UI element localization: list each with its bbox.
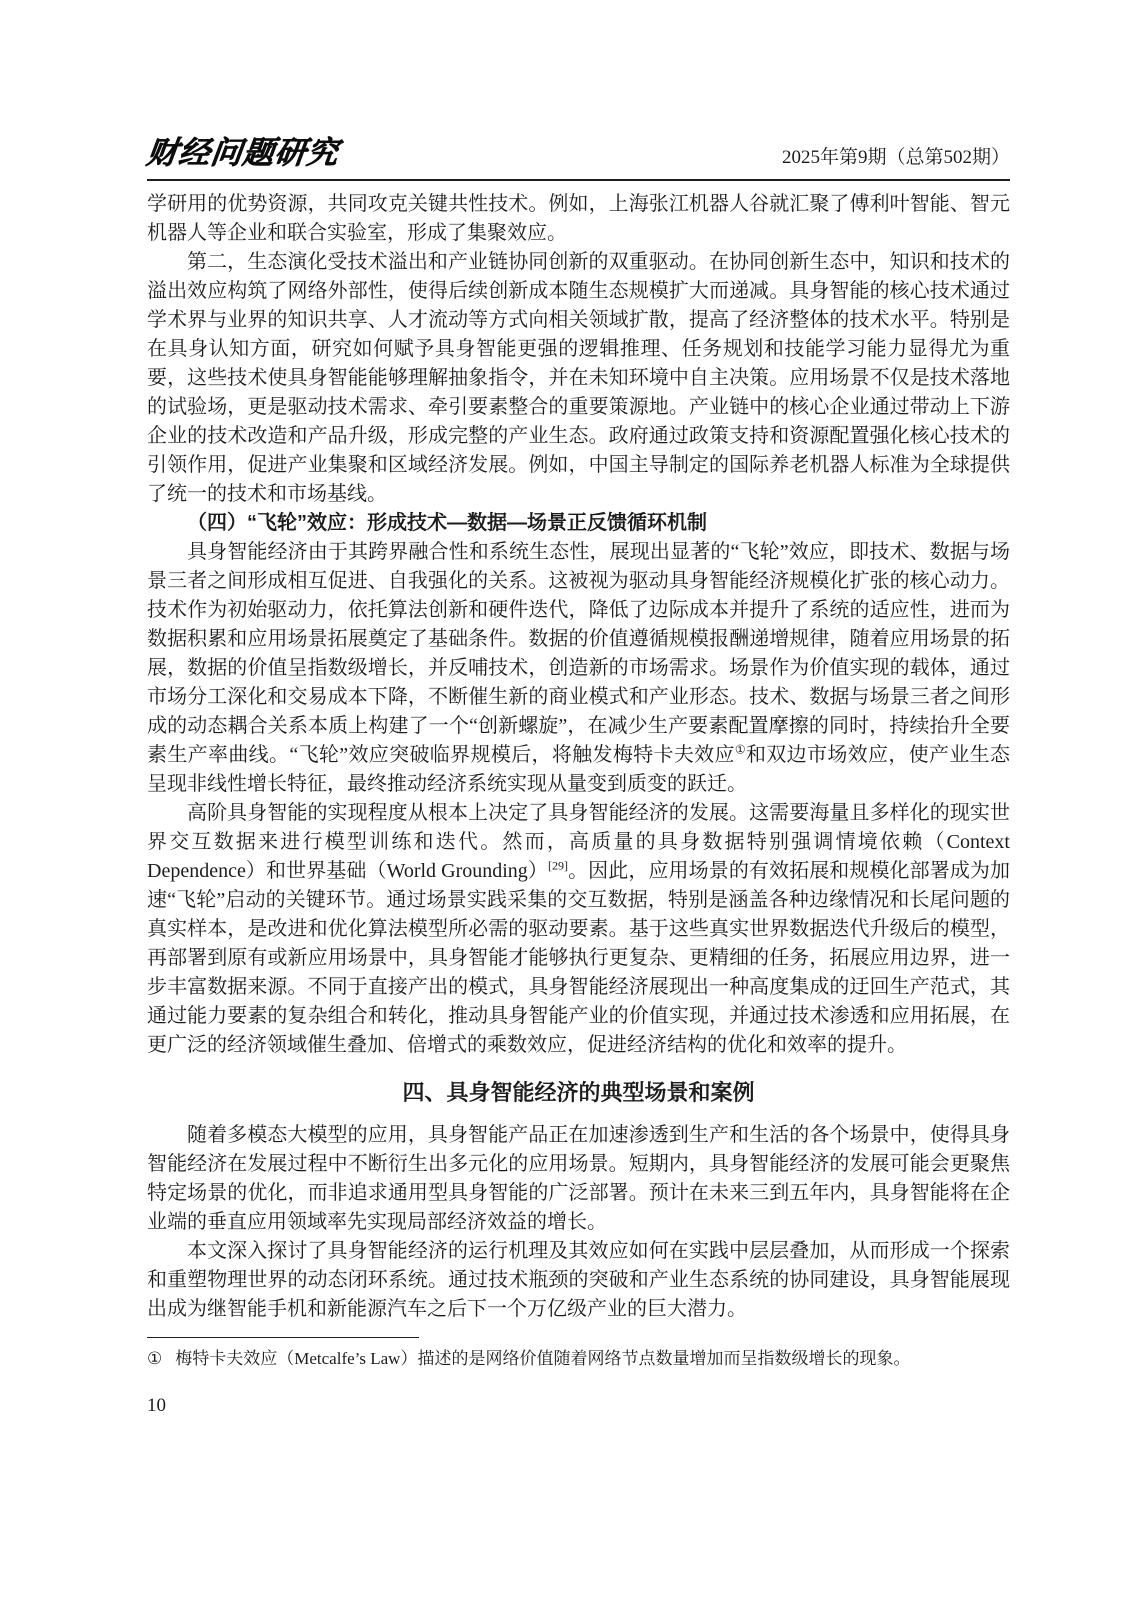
body-paragraph: 本文深入探讨了具身智能经济的运行机理及其效应如何在实践中层层叠加，从而形成一个探… [147,1237,1010,1324]
journal-page: 财经问题研究 2025年第9期（总第502期） 学研用的优势资源，共同攻克关键共… [0,0,1140,1600]
footnote: ①梅特卡夫效应（Metcalfe’s Law）描述的是网络价值随着网络节点数量增… [147,1347,1010,1371]
page-footer: ①梅特卡夫效应（Metcalfe’s Law）描述的是网络价值随着网络节点数量增… [147,1337,1010,1417]
body-paragraph: 第二，生态演化受技术溢出和产业链协同创新的双重驱动。在协同创新生态中，知识和技术… [147,248,1010,509]
body-paragraph: 具身智能经济由于其跨界融合性和系统生态性，展现出显著的“飞轮”效应，即技术、数据… [147,538,1010,799]
footnote-ref-1: ① [735,742,746,756]
body-paragraph: 随着多模态大模型的应用，具身智能产品正在加速渗透到生产和生活的各个场景中，使得具… [147,1121,1010,1237]
body-paragraph: 高阶具身智能的实现程度从根本上决定了具身智能经济的发展。这需要海量且多样化的现实… [147,799,1010,1060]
section-heading: 四、具身智能经济的典型场景和案例 [147,1077,1010,1108]
paragraph-text: 具身智能经济由于其跨界融合性和系统生态性，展现出显著的“飞轮”效应，即技术、数据… [147,541,1010,766]
header-divider [147,179,1010,181]
footnote-marker: ① [147,1349,162,1368]
subsection-heading: （四）“飞轮”效应：形成技术—数据—场景正反馈循环机制 [147,509,1010,538]
footnote-divider [147,1337,419,1338]
body-paragraph: 学研用的优势资源，共同攻克关键共性技术。例如，上海张江机器人谷就汇聚了傅利叶智能… [147,190,1010,248]
issue-info: 2025年第9期（总第502期） [782,142,1010,172]
footnote-text: 梅特卡夫效应（Metcalfe’s Law）描述的是网络价值随着网络节点数量增加… [175,1349,910,1368]
citation-ref-29: [29] [548,858,568,872]
journal-logo: 财经问题研究 [144,127,342,172]
paragraph-text: 。因此，应用场景的有效拓展和规模化部署成为加速“飞轮”启动的关键环节。通过场景实… [147,860,1010,1056]
page-header: 财经问题研究 2025年第9期（总第502期） [147,130,1010,172]
page-number: 10 [147,1395,1010,1417]
article-body: 学研用的优势资源，共同攻克关键共性技术。例如，上海张江机器人谷就汇聚了傅利叶智能… [147,190,1010,1324]
